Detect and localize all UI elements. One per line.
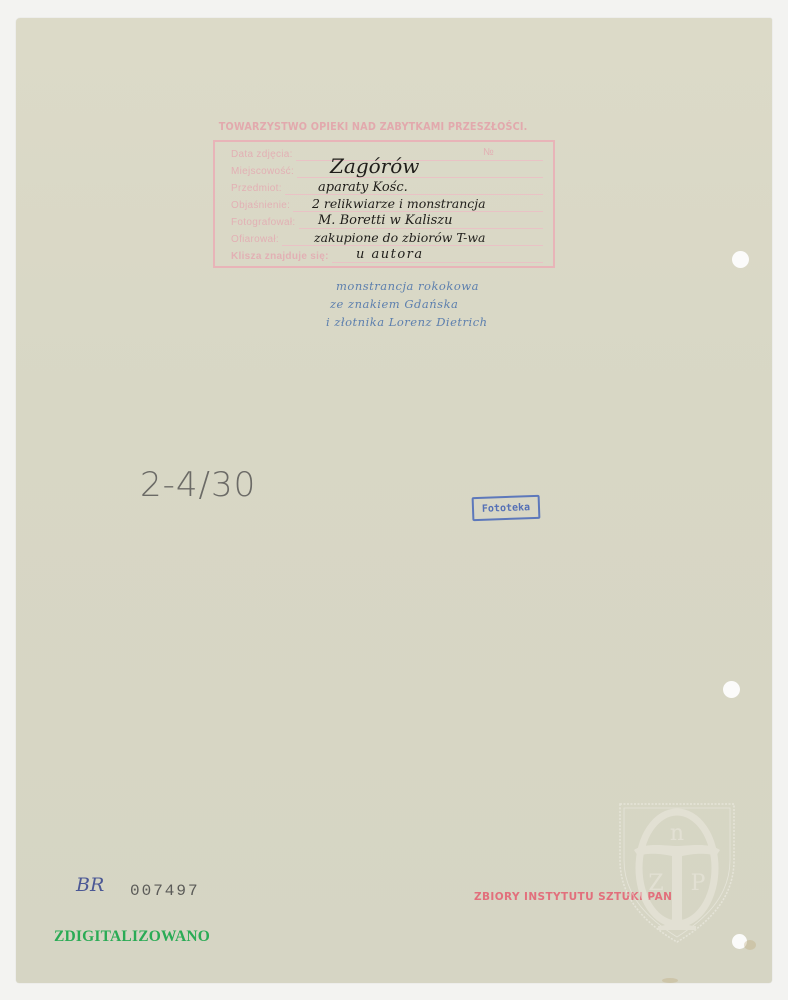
form-label: Fotografował: <box>231 217 296 229</box>
society-stamp-title: TOWARZYSTWO OPIEKI NAD ZABYTKAMI PRZESZŁ… <box>214 121 532 133</box>
digitized-stamp: ZDIGITALIZOWANO <box>54 928 210 946</box>
svg-text:P: P <box>691 871 706 896</box>
svg-text:Z: Z <box>648 871 663 896</box>
pencil-catalogue-number: 2-4/30 <box>140 465 256 505</box>
form-label: Ofiarował: <box>231 234 279 246</box>
blue-note-line-2: ze znakiem Gdańska <box>330 297 458 311</box>
punch-hole-top <box>732 251 749 268</box>
handwritten-description: 2 relikwiarze i monstrancja <box>312 196 486 211</box>
handwritten-place: Zagórów <box>330 154 419 178</box>
paper-stain <box>744 940 756 950</box>
svg-text:n: n <box>670 821 684 846</box>
handwritten-photographer: M. Boretti w Kaliszu <box>318 213 453 228</box>
form-label: Przedmiot: <box>231 183 282 195</box>
form-label: Klisza znajduje się: <box>231 251 329 263</box>
form-label: Objaśnienie: <box>231 200 290 212</box>
shield-monogram-icon: n Z P <box>616 800 738 945</box>
inventory-prefix: BR <box>76 874 104 896</box>
form-label: Miejscowość: <box>231 166 294 178</box>
handwritten-donor: zakupione do zbiorów T-wa <box>314 230 486 245</box>
fototeka-stamp: Fototeka <box>472 495 541 521</box>
punch-hole-middle <box>723 681 740 698</box>
handwritten-negative-location: u autora <box>356 247 424 262</box>
inventory-number: 007497 <box>130 882 200 900</box>
paper-stain <box>662 978 678 983</box>
blue-note-line-3: i złotnika Lorenz Dietrich <box>326 315 488 329</box>
form-label: Data zdjęcia: <box>231 149 293 161</box>
handwritten-object: aparaty Kośc. <box>318 180 408 195</box>
blue-note-line-1: monstrancja rokokowa <box>336 279 479 293</box>
